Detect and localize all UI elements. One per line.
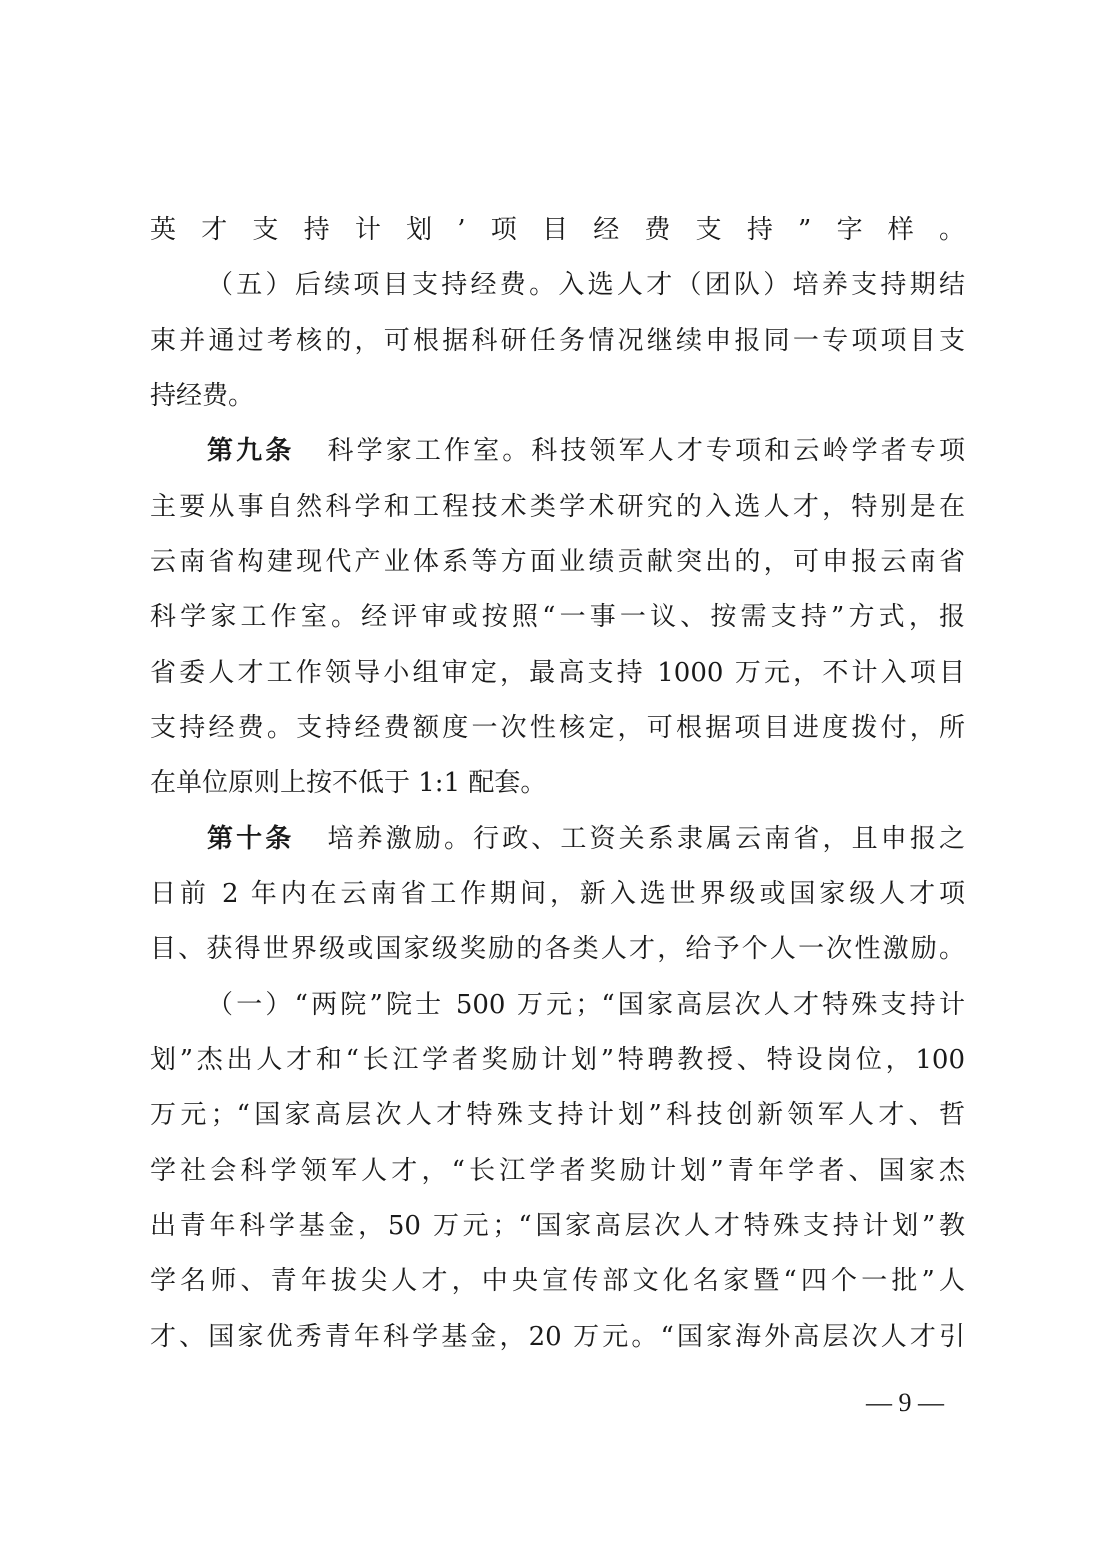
text-line: 才、国家优秀青年科学基金，20 万元。“国家海外高层次人才引 [150, 1317, 965, 1357]
text-line: 划”杰出人才和“长江学者奖励计划”特聘教授、特设岗位，100 [150, 1040, 965, 1080]
document-page: 英才支持计划’项目经费支持”字样。 （五）后续项目支持经费。入选人才（团队）培养… [0, 0, 1102, 1559]
text-line: 持经费。 [150, 376, 965, 416]
text-line: 学社会科学领军人才，“长江学者奖励计划”青年学者、国家杰 [150, 1151, 965, 1191]
article-text: 科学家工作室。科技领军人才专项和云岭学者专项 [324, 436, 965, 466]
text-line: 束并通过考核的，可根据科研任务情况继续申报同一专项项目支 [150, 321, 965, 361]
text-line: 出青年科学基金，50 万元；“国家高层次人才特殊支持计划”教 [150, 1206, 965, 1246]
text-line: 省委人才工作领导小组审定，最高支持 1000 万元，不计入项目 [150, 653, 965, 693]
text-line: 日前 2 年内在云南省工作期间，新入选世界级或国家级人才项 [150, 874, 965, 914]
text-line: 目、获得世界级或国家级奖励的各类人才，给予个人一次性激励。 [150, 929, 965, 969]
article-10-line: 第十条培养激励。行政、工资关系隶属云南省，且申报之 [207, 819, 965, 859]
article-text: 培养激励。行政、工资关系隶属云南省，且申报之 [324, 824, 965, 854]
text-line: 科学家工作室。经评审或按照“一事一议、按需支持”方式，报 [150, 597, 965, 637]
text-line: 英才支持计划’项目经费支持”字样。 [150, 210, 965, 250]
text-line: 支持经费。支持经费额度一次性核定，可根据项目进度拨付，所 [150, 708, 965, 748]
text-line: （一）“两院”院士 500 万元；“国家高层次人才特殊支持计 [207, 985, 965, 1025]
article-heading: 第九条 [207, 436, 294, 466]
article-9-line: 第九条科学家工作室。科技领军人才专项和云岭学者专项 [207, 431, 965, 471]
text-line: 万元；“国家高层次人才特殊支持计划”科技创新领军人才、哲 [150, 1095, 965, 1135]
text-line: （五）后续项目支持经费。入选人才（团队）培养支持期结 [207, 265, 965, 305]
page-number: — 9 — [855, 1385, 955, 1421]
text-line: 在单位原则上按不低于 1:1 配套。 [150, 763, 965, 803]
text-line: 云南省构建现代产业体系等方面业绩贡献突出的，可申报云南省 [150, 542, 965, 582]
article-heading: 第十条 [207, 824, 294, 854]
text-line: 主要从事自然科学和工程技术类学术研究的入选人才，特别是在 [150, 487, 965, 527]
text-line: 学名师、青年拔尖人才，中央宣传部文化名家暨“四个一批”人 [150, 1261, 965, 1301]
